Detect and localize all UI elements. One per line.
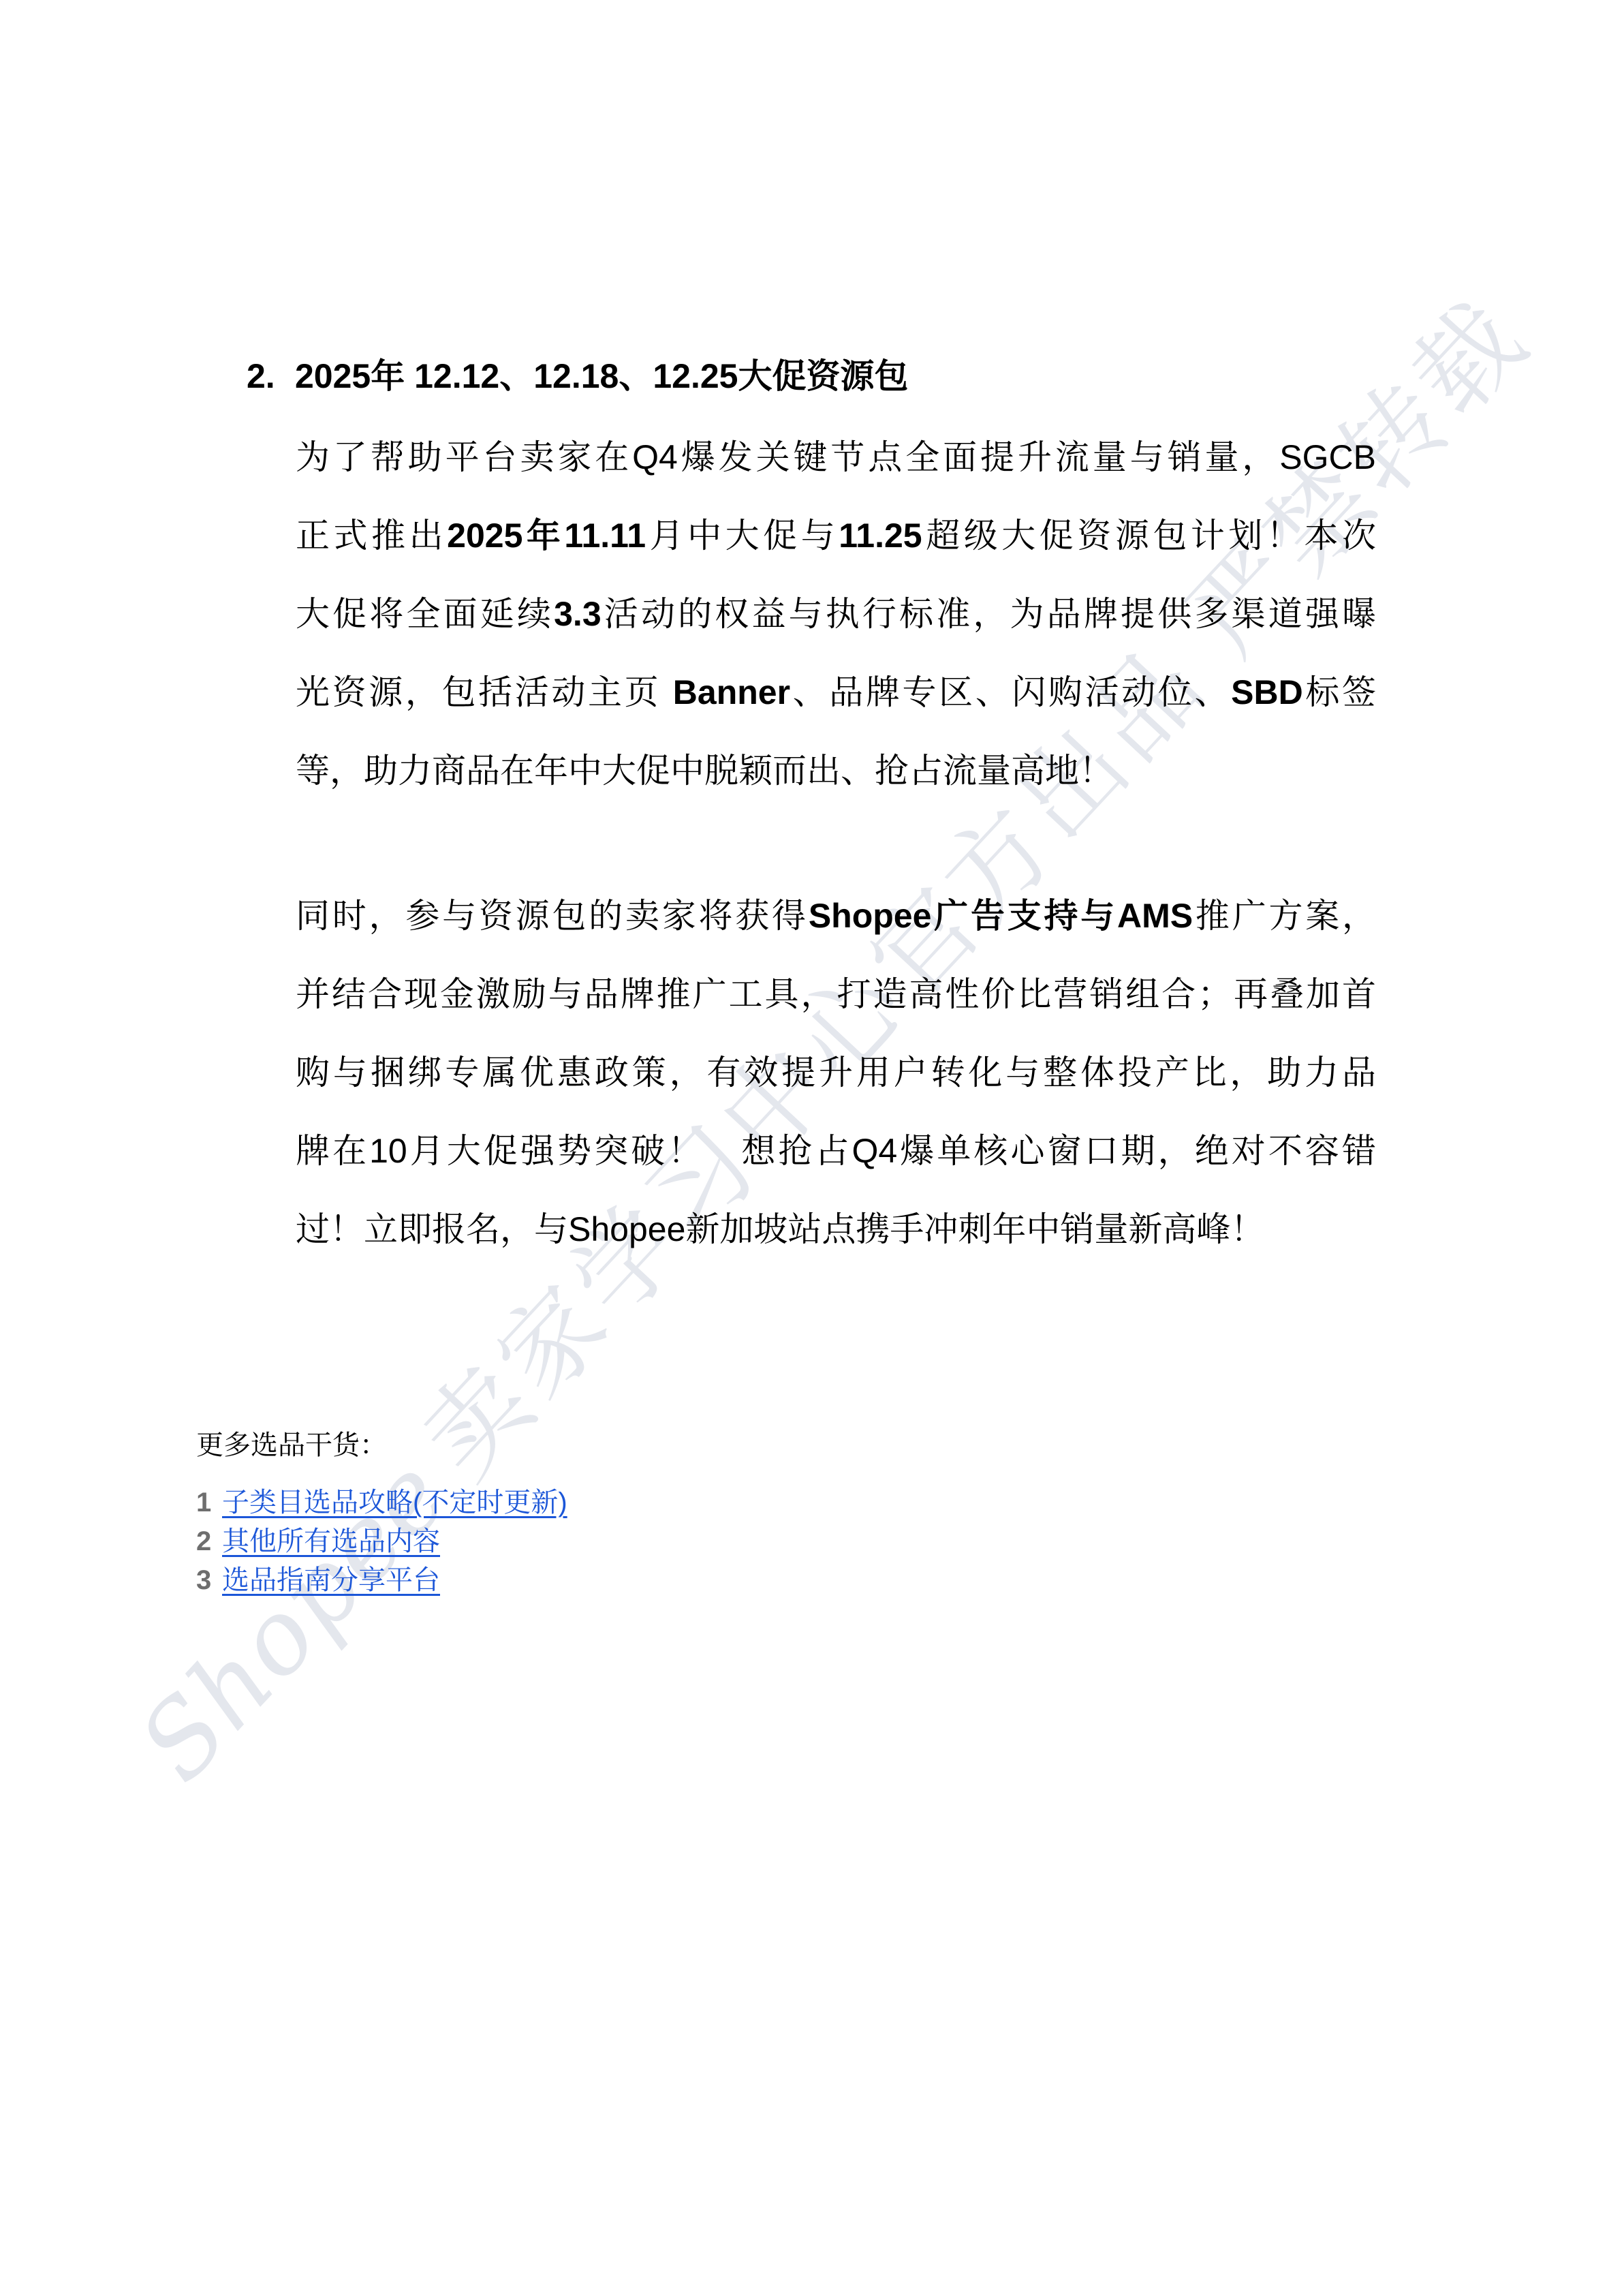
list-item-number: 1	[196, 1483, 214, 1522]
paragraph-1: 为了帮助平台卖家在Q4爆发关键节点全面提升流量与销量，SGCB正式推出2025年…	[296, 418, 1376, 810]
text-run: 过！立即报名，与Shopee新加坡站点携手冲刺年中销量新高峰！	[296, 1210, 1264, 1248]
text-run: 超级大促资源包计划！本次	[922, 517, 1376, 555]
text-run: 活动的权益与执行标准，为品牌提供多渠道强曝	[602, 595, 1376, 633]
list-item-link[interactable]: 其他所有选品内容	[222, 1526, 440, 1556]
bold-text-run: 11.25	[839, 517, 922, 555]
bold-text-run: SBD	[1231, 673, 1303, 711]
paragraph-line: 等，助力商品在年中大促中脱颖而出、抢占流量高地！	[296, 732, 1376, 810]
text-run: 购与捆绑专属优惠政策，有效提升用户转化与整体投产比，助力品	[296, 1053, 1376, 1092]
list-item-link[interactable]: 选品指南分享平台	[222, 1565, 440, 1595]
text-run: 等，助力商品在年中大促中脱颖而出、抢占流量高地！	[296, 752, 1113, 790]
text-run: 正式推出	[296, 517, 447, 555]
text-run: 为了帮助平台卖家在Q4爆发关键节点全面提升流量与销量，SGCB	[296, 438, 1376, 476]
list-item: 1子类目选品攻略(不定时更新)	[196, 1483, 567, 1522]
text-run: 推广方案，	[1193, 897, 1376, 935]
paragraph-line: 为了帮助平台卖家在Q4爆发关键节点全面提升流量与销量，SGCB	[296, 418, 1376, 497]
paragraph-line: 大促将全面延续3.3活动的权益与执行标准，为品牌提供多渠道强曝	[296, 575, 1376, 653]
list-item: 3选品指南分享平台	[196, 1561, 567, 1600]
document-page: Shopee卖家学习中心官方出品 严禁转载 2.2025年 12.12、12.1…	[0, 0, 1624, 2295]
bold-text-run: Shopee广告支持与AMS	[809, 897, 1193, 935]
bold-text-run: 3.3	[554, 595, 602, 633]
text-run: 、品牌专区、闪购活动位、	[790, 673, 1231, 711]
section-heading-number: 2.	[247, 357, 295, 397]
list-item: 2其他所有选品内容	[196, 1522, 567, 1561]
paragraph-line: 正式推出2025年11.11月中大促与11.25超级大促资源包计划！本次	[296, 497, 1376, 575]
list-item-number: 2	[196, 1522, 214, 1561]
paragraph-line: 并结合现金激励与品牌推广工具，打造高性价比营销组合；再叠加首	[296, 955, 1376, 1034]
text-run: 光资源，包括活动主页	[296, 673, 673, 711]
more-resources-list: 1子类目选品攻略(不定时更新)2其他所有选品内容3选品指南分享平台	[196, 1483, 567, 1600]
text-run: 并结合现金激励与品牌推广工具，打造高性价比营销组合；再叠加首	[296, 975, 1376, 1013]
text-run: 月中大促与	[646, 517, 839, 555]
more-resources-title: 更多选品干货：	[196, 1428, 567, 1462]
text-run: 大促将全面延续	[296, 595, 554, 633]
text-run: 牌在10月大促强势突破！ 想抢占Q4爆单核心窗口期，绝对不容错	[296, 1132, 1376, 1170]
bold-text-run: Banner	[673, 673, 790, 711]
more-resources-section: 更多选品干货： 1子类目选品攻略(不定时更新)2其他所有选品内容3选品指南分享平…	[196, 1428, 567, 1600]
bold-text-run: 2025年11.11	[447, 517, 646, 555]
text-run: 标签	[1303, 673, 1376, 711]
paragraph-2: 同时，参与资源包的卖家将获得Shopee广告支持与AMS推广方案，并结合现金激励…	[296, 877, 1376, 1269]
list-item-number: 3	[196, 1561, 214, 1600]
section-heading: 2.2025年 12.12、12.18、12.25大促资源包	[247, 357, 909, 397]
paragraph-line: 购与捆绑专属优惠政策，有效提升用户转化与整体投产比，助力品	[296, 1034, 1376, 1112]
paragraph-line: 光资源，包括活动主页 Banner、品牌专区、闪购活动位、SBD标签	[296, 653, 1376, 732]
paragraph-line: 过！立即报名，与Shopee新加坡站点携手冲刺年中销量新高峰！	[296, 1190, 1376, 1269]
paragraph-line: 牌在10月大促强势突破！ 想抢占Q4爆单核心窗口期，绝对不容错	[296, 1112, 1376, 1190]
section-heading-text: 2025年 12.12、12.18、12.25大促资源包	[295, 357, 909, 395]
list-item-link[interactable]: 子类目选品攻略(不定时更新)	[222, 1488, 567, 1518]
text-run: 同时，参与资源包的卖家将获得	[296, 897, 809, 935]
paragraph-line: 同时，参与资源包的卖家将获得Shopee广告支持与AMS推广方案，	[296, 877, 1376, 955]
